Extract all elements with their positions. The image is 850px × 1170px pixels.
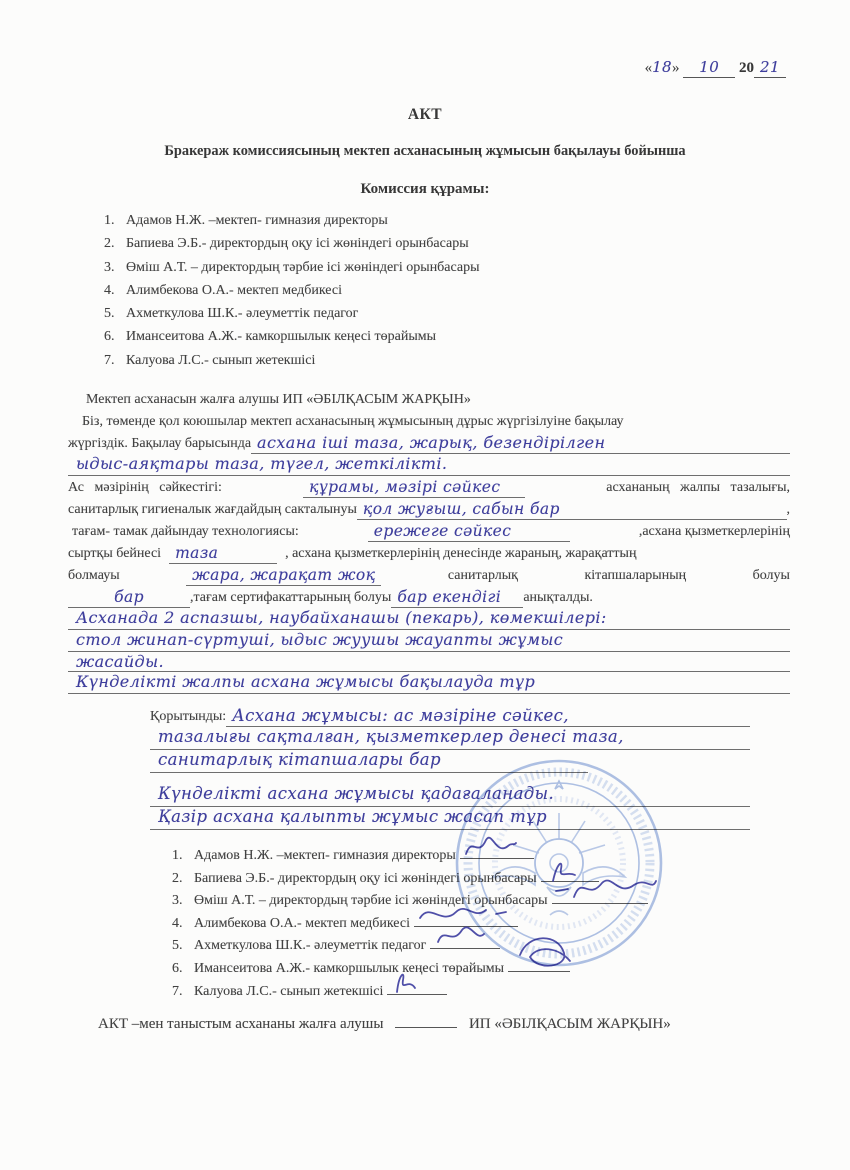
signature-row: Ахметкулова Ш.К.- әлеуметтік педагог <box>186 935 806 958</box>
technology-fill: ережеге сәйкес <box>368 521 570 542</box>
commission-member: Ахметкулова Ш.К.- әлеуметтік педагог <box>118 302 798 325</box>
scanned-act-document: «18» 10 2021 АКТ Бракераж комиссиясының … <box>0 0 850 1170</box>
signature-rule <box>430 944 500 949</box>
signature-row: Калуова Л.С.- сынып жетекшісі <box>186 981 806 1004</box>
acknowledgement-lessee-name: ИП «ӘБІЛҚАСЫМ ЖАРҚЫН» <box>469 1016 671 1032</box>
lessee-line: Мектеп асханасын жалға алушы ИП «ӘБІЛҚАС… <box>68 388 790 410</box>
observation-fill-2: ыдыс-аяқтары таза, түгел, жеткілікті. <box>68 454 790 476</box>
wounds-text: , асхана қызметкерлерінің денесінде жара… <box>285 544 636 564</box>
date-field: «18» 10 2021 <box>645 58 786 78</box>
acknowledgement-line: АКТ –мен таныстым асхананы жалға алушы И… <box>98 1016 798 1033</box>
date-quote-close: » <box>672 60 680 76</box>
body-text-block: Мектеп асханасын жалға алушы ИП «ӘБІЛҚАС… <box>68 388 790 694</box>
intro-line: Біз, төменде қол коюшылар мектеп асханас… <box>68 410 790 432</box>
menu-line: Ас мәзірінің сәйкестігі: құрамы, мәзірі … <box>68 476 790 498</box>
signature-list: Адамов Н.Ж. –мектеп- гимназия директоры … <box>158 845 806 1003</box>
signatory-name: Бапиева Э.Б.- директордың оқу ісі жөнінд… <box>194 871 537 886</box>
sanitary-comma: , <box>787 500 791 520</box>
conclusion-extra-line: Күнделікті асхана жұмысы қадағаланады. <box>150 784 750 807</box>
appearance-label: сыртқы бейнесі <box>68 544 161 564</box>
signature-row: Адамов Н.Ж. –мектеп- гимназия директоры <box>186 845 806 868</box>
signature-mark <box>389 968 419 998</box>
notes-handwritten-line: жасайды. <box>68 652 790 672</box>
commission-member: Адамов Н.Ж. –мектеп- гимназия директоры <box>118 209 798 232</box>
sanitary-line: санитарлық гигиеналык жағдайдың сакталын… <box>68 498 790 520</box>
signature-rule <box>552 899 648 904</box>
conclusion-label: Қорытынды: <box>150 707 226 727</box>
conclusion-fill-1: Асхана жұмысы: ас мәзіріне сәйкес, <box>226 706 750 727</box>
absence-fill: жара, жарақат жоқ <box>186 565 381 586</box>
page-title: АКТ <box>0 106 850 124</box>
signature-row: Бапиева Э.Б.- директордың оқу ісі жөнінд… <box>186 868 806 891</box>
acknowledgement-text: АКТ –мен таныстым асхананы жалға алушы <box>98 1016 383 1032</box>
observation-fill-1: асхана іші таза, жарық, безендірілген <box>251 433 790 454</box>
conclusion-first-line: Қорытынды: Асхана жұмысы: ас мәзіріне сә… <box>150 704 750 727</box>
signature-row: Алимбекова О.А.- мектеп медбикесі <box>186 913 806 936</box>
menu-fill: құрамы, мәзірі сәйкес <box>303 477 525 498</box>
signature-mark <box>462 832 518 862</box>
notes-handwritten-line: стол жинап-сүртуші, ыдыс жуушы жауапты ж… <box>68 630 790 652</box>
appearance-fill: таза <box>169 543 277 564</box>
signatory-name: Ахметкулова Ш.К.- әлеуметтік педагог <box>194 938 426 953</box>
date-month-handwritten: 10 <box>699 58 719 76</box>
signature-rule <box>387 990 447 995</box>
commission-member: Алимбекова О.А.- мектеп медбикесі <box>118 279 798 302</box>
date-year-rule: 21 <box>754 58 786 78</box>
commission-member: Бапиева Э.Б.- директордың оқу ісі жөнінд… <box>118 232 798 255</box>
notes-handwritten-line: Күнделікті жалпы асхана жұмысы бақылауда… <box>68 672 790 694</box>
sanitary-label: санитарлық гигиеналык жағдайдың сакталын… <box>68 500 357 520</box>
acknowledgement-rule <box>395 1027 457 1028</box>
date-month-rule: 10 <box>683 58 735 78</box>
signature-rule <box>460 854 534 859</box>
date-year-handwritten: 21 <box>760 58 780 76</box>
commission-list: Адамов Н.Ж. –мектеп- гимназия директоры … <box>88 209 798 372</box>
certificate-label: ,тағам сертифакаттарының болуы <box>190 588 391 608</box>
date-day-handwritten: 18 <box>652 58 672 76</box>
certificate-fill: бар екендігі <box>391 587 523 608</box>
signature-mark <box>510 939 572 975</box>
sanitary-fill: қол жуғыш, сабын бар <box>357 499 787 520</box>
conclusion-fill-2: тазалығы сақталған, қызметкерлер денесі … <box>150 727 750 750</box>
sanbook-word-2: кітапшаларының <box>584 566 686 586</box>
menu-label: Ас мәзірінің сәйкестігі: <box>68 478 222 498</box>
present-fill: бар <box>68 587 190 608</box>
sanbook-word-3: болуы <box>753 566 790 586</box>
conclusion-fill-3: санитарлық кітапшалары бар <box>150 750 588 773</box>
conclusion-block: Қорытынды: Асхана жұмысы: ас мәзіріне сә… <box>150 704 750 830</box>
signatory-name: Имансеитова А.Ж.- камкоршылык кеңесі төр… <box>194 961 504 976</box>
sanbook-word-1: санитарлық <box>448 566 518 586</box>
page-subtitle: Бракераж комиссиясының мектеп асханасыны… <box>0 143 850 160</box>
signature-rule <box>508 967 570 972</box>
signature-mark <box>432 922 486 952</box>
signatory-name: Алимбекова О.А.- мектеп медбикесі <box>194 916 410 931</box>
commission-member: Калуова Л.С.- сынып жетекшісі <box>118 349 798 372</box>
notes-handwritten-line: Асханада 2 аспазшы, наубайханашы (пекарь… <box>68 608 790 630</box>
signature-row: Имансеитова А.Ж.- камкоршылык кеңесі төр… <box>186 958 806 981</box>
certificate-line: бар ,тағам сертифакаттарының болуы бар е… <box>68 586 790 608</box>
observation-line: жүргіздік. Бақылау барысында асхана іші … <box>68 432 790 454</box>
intro-continuation: жүргіздік. Бақылау барысында <box>68 434 251 454</box>
date-year-printed: 20 <box>739 60 754 76</box>
final-word: анықталды. <box>523 588 593 608</box>
commission-heading: Комиссия құрамы: <box>0 181 850 198</box>
date-quote-open: « <box>645 60 653 76</box>
signatory-name: Калуова Л.С.- сынып жетекшісі <box>194 984 383 999</box>
signatory-name: Адамов Н.Ж. –мектеп- гимназия директоры <box>194 848 456 863</box>
technology-label: тағам- тамак дайындау технологиясы: <box>68 522 299 542</box>
commission-member: Өміш А.Т. – директордың тәрбие ісі жөнін… <box>118 256 798 279</box>
absence-line: болмауы жара, жарақат жоқ санитарлық кіт… <box>68 564 790 586</box>
conclusion-extra-line: Қазір асхана қалыпты жұмыс жасап тұр <box>150 807 750 830</box>
staff-text: ,асхана қызметкерлерінің <box>639 522 790 542</box>
technology-line: тағам- тамак дайындау технологиясы: ереж… <box>68 520 790 542</box>
signature-mark <box>554 873 658 907</box>
general-cleanliness-text: асхананың жалпы тазалығы, <box>606 478 790 498</box>
commission-member: Имансеитова А.Ж.- камкоршылык кеңесі төр… <box>118 325 798 348</box>
absence-label: болмауы <box>68 566 120 586</box>
appearance-line: сыртқы бейнесі таза , асхана қызметкерле… <box>68 542 790 564</box>
